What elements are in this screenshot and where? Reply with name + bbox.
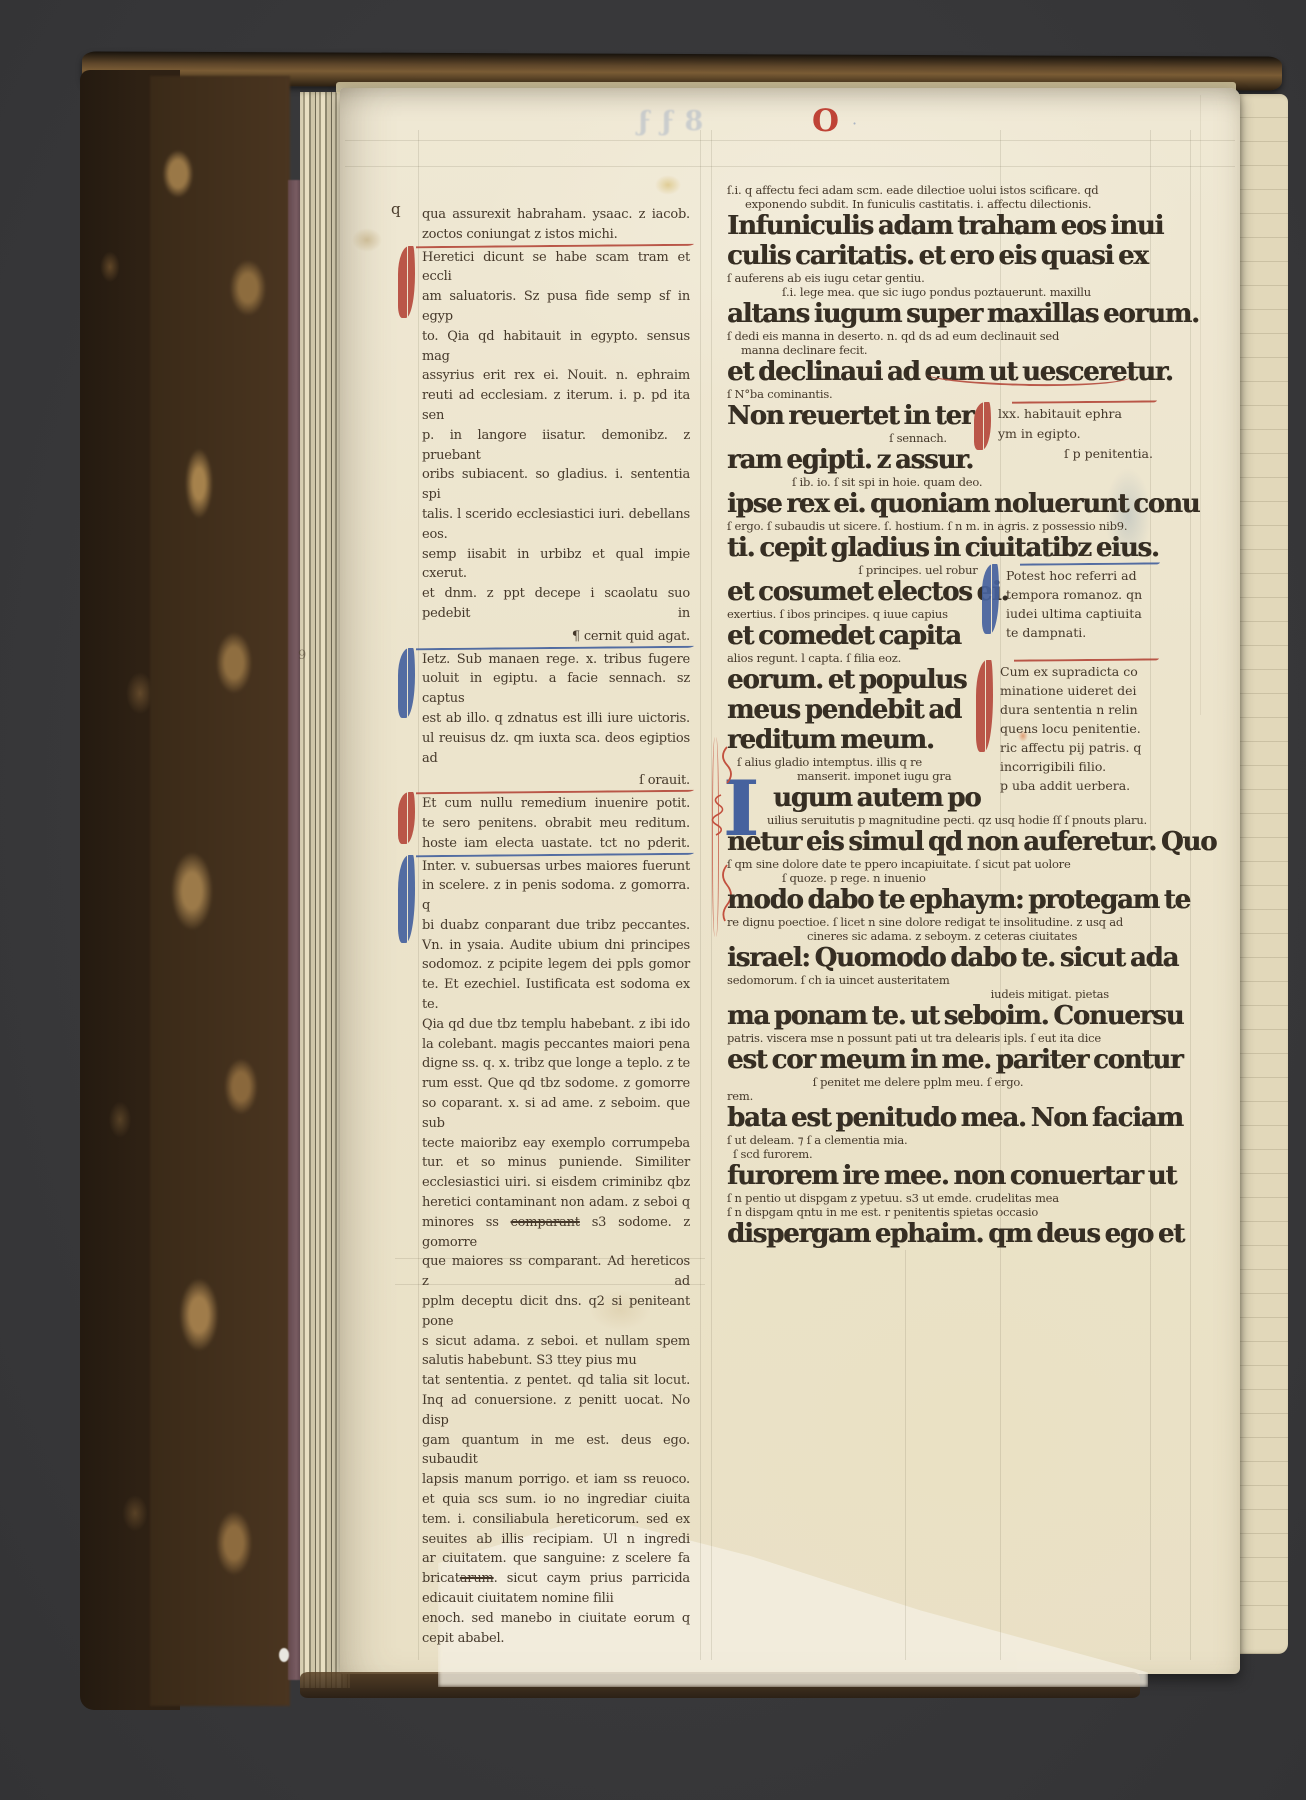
commentary-text-line: assyrius erit rex ei. Nouit. n. ephraim (422, 366, 690, 386)
scripture-lemma-block: ma ponam te. ut seboim. Conuersu (727, 1001, 1109, 1031)
interlinear-gloss-block: ſ.i. lege mea. que sic iugo pondus pozta… (727, 285, 1109, 299)
interlinear-gloss-block: ſ auferens ab eis iugu cetar gentiu. (727, 271, 1109, 285)
commentary-text-line: et quia scs sum. io no ingrediar ciuita (422, 1490, 690, 1510)
gloss-text-line: ſ.i. lege mea. que sic iugo pondus pozta… (727, 285, 1109, 299)
commentary-text-line: sodomoz. z pcipite legem dei ppls gomor (422, 955, 690, 975)
gloss-text-line: patris. viscera mse n possunt pati ut tr… (727, 1031, 1109, 1045)
commentary-text-line: minores ss comparant s3 sodome. z gomorr… (422, 1213, 690, 1253)
commentary-text-line: la colebant. magis peccantes maiori pena (422, 1035, 690, 1055)
scripture-lemma-line: est cor meum in me. pariter contur (727, 1045, 1109, 1075)
gloss-text-line: manna declinare fecit. (727, 343, 1109, 357)
commentary-text-line: uoluit in egiptu. a facie sennach. sz ca… (422, 669, 690, 709)
scripture-lemma-line: Infuniculis adam traham eos inui (727, 211, 1109, 241)
commentary-text-line: ar ciuitatem. que sanguine: z scelere fa (422, 1549, 690, 1569)
scripture-lemma-block: culis caritatis. et ero eis quasi ex (727, 241, 1109, 271)
scripture-lemma-block: ipse rex ei. quoniam noluerunt conu (727, 489, 1109, 519)
margin-note-line: ric affectu pij patris. q (1000, 738, 1155, 757)
commentary-text-line: oribs subiacent. so gladius. i. sententi… (422, 465, 690, 505)
commentary-text-line: seuites ab illis recipiam. Ul n ingredi (422, 1530, 690, 1550)
commentary-text-line: te sero penitens. obrabit meu reditum. (422, 814, 690, 834)
gloss-text-line: re dignu poectioe. ſ licet n sine dolore… (727, 915, 1109, 929)
scripture-lemma-block: est cor meum in me. pariter contur (727, 1045, 1109, 1075)
commentary-text-line: est ab illo. q zdnatus est illi iure uic… (422, 709, 690, 729)
interlinear-gloss-block: ſ ib. io. ſ sit spi in hoie. quam deo. (727, 475, 1109, 489)
interlinear-gloss-block: ſ quoze. p rege. n inuenio (727, 871, 1109, 885)
commentary-text-line: ¶ cernit quid agat. (422, 627, 690, 647)
commentary-text-line: bi duabz conparant due tribz peccantes. (422, 916, 690, 936)
commentary-text-line: gam quantum in me est. deus ego. subaudi… (422, 1431, 690, 1471)
ruling-line (1190, 130, 1191, 1660)
scripture-lemma-line: ipse rex ei. quoniam noluerunt conu (727, 489, 1109, 519)
interlinear-gloss-block: ſ dedi eis manna in deserto. n. qd ds ad… (727, 329, 1109, 343)
interlinear-gloss-block: manna declinare fecit. (727, 343, 1109, 357)
gloss-text-line: uilius seruitutis p magnitudine pecti. q… (727, 813, 1109, 827)
gloss-text-line: ſ ut deleam. ⁊ ſ a clementia mia. (727, 1133, 1109, 1147)
commentary-text-line: pplm deceptu dicit dns. q2 si peniteant … (422, 1292, 690, 1332)
commentary-text-line: Qia qd due tbz templu habebant. z ibi id… (422, 1015, 690, 1035)
commentary-text-line: et dnm. z ppt decepe i scaolatu suo pede… (422, 584, 690, 624)
gloss-text-line: ſ ergo. ſ subaudis ut sicere. ſ. hostium… (727, 519, 1109, 533)
gloss-text-line: ſ ib. io. ſ sit spi in hoie. quam deo. (727, 475, 1109, 489)
interlinear-gloss-block: sedomorum. ſ ch ia uincet austeritatem (727, 973, 1109, 987)
scripture-lemma-block: modo dabo te ephaym: protegam te (727, 885, 1109, 915)
gloss-text-line: ſ quoze. p rege. n inuenio (727, 871, 1109, 885)
scripture-lemma-line: dispergam ephaim. qm deus ego et (727, 1219, 1109, 1249)
commentary-text-line: Inq ad conuersione. z penitt uocat. No d… (422, 1391, 690, 1431)
commentary-text-line: heretici contaminant non adam. z seboi q (422, 1193, 690, 1213)
interlinear-gloss-block: uilius seruitutis p magnitudine pecti. q… (727, 813, 1109, 827)
commentary-text-line: te. Et ezechiel. Iustificata est sodoma … (422, 975, 690, 1015)
commentary-text-line: cepit ababel. (422, 1629, 690, 1649)
interlinear-gloss-block: ſ ut deleam. ⁊ ſ a clementia mia. (727, 1133, 1109, 1147)
scripture-lemma-block: netur eis simul qd non auferetur. Quo (727, 827, 1109, 857)
commentary-text-line: tur. et so minus puniende. Similiter (422, 1153, 690, 1173)
gloss-text-line: ſ n dispgam qntu in me est. r penitentis… (727, 1205, 1109, 1219)
margin-sign: 9 (298, 648, 306, 663)
interlinear-gloss-block: ſ ergo. ſ subaudis ut sicere. ſ. hostium… (727, 519, 1109, 533)
commentary-paragraph: Inter. v. subuersas urbes maiores fuerun… (422, 857, 690, 1649)
margin-note-line: minatione uideret dei (1000, 681, 1155, 700)
ruling-line (700, 130, 701, 1660)
commentary-text-line: semp iisabit in urbibz et qual impie cxe… (422, 545, 690, 585)
scripture-lemma-line: netur eis simul qd non auferetur. Quo (727, 827, 1109, 857)
ruling-line (345, 140, 1235, 141)
commentary-text-line: reuti ad ecclesiam. z iterum. i. p. pd i… (422, 386, 690, 426)
commentary-text-line: tem. i. consiliabula hereticorum. sed ex (422, 1510, 690, 1530)
scripture-lemma-line: ti. cepit gladius in ciuitatibz eius. (727, 533, 1109, 563)
gloss-text-line: ſ scd furorem. (727, 1147, 1109, 1161)
red-pen-rails (712, 737, 719, 937)
scripture-lemma-line: bata est penitudo mea. Non faciam (727, 1103, 1109, 1133)
interlinear-gloss-block: patris. viscera mse n possunt pati ut tr… (727, 1031, 1109, 1045)
margin-note: Cum ex supradicta cominatione uideret de… (1000, 662, 1155, 795)
commentary-text-line: que maiores ss comparant. Ad hereticos z… (422, 1252, 690, 1292)
scripture-lemma-block: furorem ire mee. non conuertar ut (727, 1161, 1109, 1191)
ruling-line (905, 1250, 906, 1660)
margin-note-line: incorrigibili filio. (1000, 757, 1155, 776)
scripture-lemma-line: israel: Quomodo dabo te. sicut ada (727, 943, 1109, 973)
gloss-text-line: ſ penitet me delere pplm meu. ſ ergo. (727, 1075, 1109, 1089)
scripture-lemma-line: altans iugum super maxillas eorum. (727, 299, 1109, 329)
interlinear-gloss-block: ſ N°ba cominantis. (727, 387, 1109, 401)
commentary-text-line: s sicut adama. z seboi. et nullam spem (422, 1332, 690, 1352)
gloss-text-line: cineres sic adama. z seboym. z ceteras c… (727, 929, 1109, 943)
scripture-lemma-line: culis caritatis. et ero eis quasi ex (727, 241, 1109, 271)
margin-note-line: tempora romanoz. qn (1006, 585, 1156, 604)
commentary-text-line: zoctos coniungat z istos michi. (422, 225, 690, 245)
running-title-letter: O (812, 106, 839, 137)
margin-note-line: ſ p penitentia. (998, 444, 1153, 464)
margin-note: lxx. habitauit ephraym in egipto.ſ p pen… (998, 404, 1153, 464)
commentary-text-line: tat sententia. z pentet. qd talia sit lo… (422, 1371, 690, 1391)
interlinear-gloss-block: rem. (727, 1089, 1109, 1103)
commentary-text-line: enoch. sed manebo in ciuitate eorum q (422, 1609, 690, 1629)
gloss-text-line: ſ N°ba cominantis. (727, 387, 1109, 401)
scripture-lemma-block: israel: Quomodo dabo te. sicut ada (727, 943, 1109, 973)
gloss-text-line: ſ.i. q affectu feci adam scm. eade dilec… (727, 183, 1109, 197)
commentary-text-line: talis. l scerido ecclesiastici iuri. deb… (422, 505, 690, 545)
scripture-lemma-block: ti. cepit gladius in ciuitatibz eius. (727, 533, 1109, 563)
gloss-text-line: ſ dedi eis manna in deserto. n. qd ds ad… (727, 329, 1109, 343)
margin-note-line: quens locu penitentie. (1000, 719, 1155, 738)
scripture-lemma-line: furorem ire mee. non conuertar ut (727, 1161, 1109, 1191)
commentary-text-line: ecclesiastici uiri. si eisdem criminibz … (422, 1173, 690, 1193)
commentary-text-line: qua assurexit habraham. ysaac. z iacob. (422, 205, 690, 225)
page-crease (1200, 95, 1201, 715)
struck-text: arum (460, 1571, 494, 1586)
margin-note-line: iudei ultima captiuita (1006, 604, 1156, 623)
gloss-text-line: iudeis mitigat. pietas (727, 987, 1109, 1001)
manuscript-photo: ϝϝ8 O · q 9 qua assurexit habraham. ysaa… (0, 0, 1306, 1800)
scripture-lemma-line: et declinaui ad eum ut uesceretur. (727, 357, 1109, 387)
commentary-text-line: bricatarum. sicut caym prius parricida (422, 1569, 690, 1589)
commentary-text-line: ul reuisus dz. qm iuxta sca. deos egipti… (422, 729, 690, 769)
interlinear-gloss-block: ſ n pentio ut dispgam z ypetuu. s3 ut em… (727, 1191, 1109, 1205)
margin-note-line: dura sententia n relin (1000, 700, 1155, 719)
margin-note: Potest hoc referri adtempora romanoz. qn… (1006, 566, 1156, 642)
commentary-text-line: salutis habebunt. S3 ttey pius mu (422, 1351, 690, 1371)
commentary-text-line: digne ss. q. x. tribz que longe a teplo.… (422, 1054, 690, 1074)
commentary-paragraph: qua assurexit habraham. ysaac. z iacob.z… (422, 205, 690, 245)
margin-note-line: ym in egipto. (998, 424, 1153, 444)
ruling-line (418, 130, 419, 1660)
interlinear-gloss-block: ſ penitet me delere pplm meu. ſ ergo. (727, 1075, 1109, 1089)
interlinear-gloss-block: cineres sic adama. z seboym. z ceteras c… (727, 929, 1109, 943)
margin-sign: q (391, 200, 401, 218)
scripture-lemma-block: altans iugum super maxillas eorum. (727, 299, 1109, 329)
ruling-line (345, 166, 1235, 167)
margin-note-line: te dampnati. (1006, 623, 1156, 642)
commentary-paragraph: ¶ cernit quid agat. (422, 627, 690, 647)
gloss-text-line: ſ auferens ab eis iugu cetar gentiu. (727, 271, 1109, 285)
interlinear-gloss-block: ſ n dispgam qntu in me est. r penitentis… (727, 1205, 1109, 1219)
commentary-paragraph: Heretici dicunt se habe scam tram et ecc… (422, 248, 690, 624)
interlinear-gloss-block: iudeis mitigat. pietas (727, 987, 1109, 1001)
struck-text: comparant (511, 1215, 580, 1230)
running-title-dot: · (852, 114, 857, 133)
gloss-text-line: exponendo subdit. In funiculis castitati… (727, 197, 1109, 211)
scripture-lemma-block-swash: et declinaui ad eum ut uesceretur. (727, 357, 1109, 387)
scripture-lemma-block: bata est penitudo mea. Non faciam (727, 1103, 1109, 1133)
interlinear-gloss-block: exponendo subdit. In funiculis castitati… (727, 197, 1109, 211)
commentary-text-line: lapsis manum porrigo. et iam ss reuoco. (422, 1470, 690, 1490)
commentary-text-line: rum esst. Que qd tbz sodome. z gomorre (422, 1074, 690, 1094)
gloss-text-line: ſ qm sine dolore date te ppero incapiuit… (727, 857, 1109, 871)
commentary-text-line: in scelere. z in penis sodoma. z gomorra… (422, 876, 690, 916)
interlinear-gloss-block: ſ qm sine dolore date te ppero incapiuit… (727, 857, 1109, 871)
scripture-lemma-line: ma ponam te. ut seboim. Conuersu (727, 1001, 1109, 1031)
commentary-text-line: hoste iam electa uastate. tct no pderit. (422, 834, 690, 854)
commentary-text-line: tecte maioribz eay exemplo corrumpeba (422, 1134, 690, 1154)
commentary-text-line: p. in langore iisatur. demonibz. z prueb… (422, 426, 690, 466)
scripture-lemma-line: modo dabo te ephaym: protegam te (727, 885, 1109, 915)
commentary-column: qua assurexit habraham. ysaac. z iacob.z… (422, 205, 690, 1651)
commentary-paragraph: Et cum nullu remedium inuenire potit.te … (422, 794, 690, 853)
gloss-text-line: ſ n pentio ut dispgam z ypetuu. s3 ut em… (727, 1191, 1109, 1205)
commentary-text-line: Vn. in ysaia. Audite ubium dni principes (422, 936, 690, 956)
ghost-running-title: ϝϝ8 (638, 106, 712, 137)
commentary-text-line: to. Qia qd habitauit in egypto. sensus m… (422, 327, 690, 367)
interlinear-gloss-block: ſ.i. q affectu feci adam scm. eade dilec… (727, 183, 1109, 197)
gloss-text-line: rem. (727, 1089, 1109, 1103)
commentary-text-line: ſ orauit. (422, 771, 690, 791)
scripture-lemma-block: dispergam ephaim. qm deus ego et (727, 1219, 1109, 1249)
commentary-text-line: edicauit ciuitatem nomine filii (422, 1589, 690, 1609)
commentary-paragraph: ſ orauit. (422, 771, 690, 791)
margin-note-line: p uba addit uerbera. (1000, 776, 1155, 795)
commentary-text-line: am saluatoris. Sz pusa fide semp sf in e… (422, 287, 690, 327)
interlinear-gloss-block: re dignu poectioe. ſ licet n sine dolore… (727, 915, 1109, 929)
interlinear-gloss-block: ſ scd furorem. (727, 1147, 1109, 1161)
commentary-paragraph: Ietz. Sub manaen rege. x. tribus fugereu… (422, 650, 690, 769)
binding-speck (279, 1648, 289, 1662)
under-leaf-fore-edge (1238, 94, 1288, 1654)
book-spine-mottled-leather (150, 76, 290, 1706)
gloss-text-line: sedomorum. ſ ch ia uincet austeritatem (727, 973, 1109, 987)
scripture-lemma-block: Infuniculis adam traham eos inui (727, 211, 1109, 241)
commentary-text-line: so coparant. x. si ad ame. z seboim. que… (422, 1094, 690, 1134)
